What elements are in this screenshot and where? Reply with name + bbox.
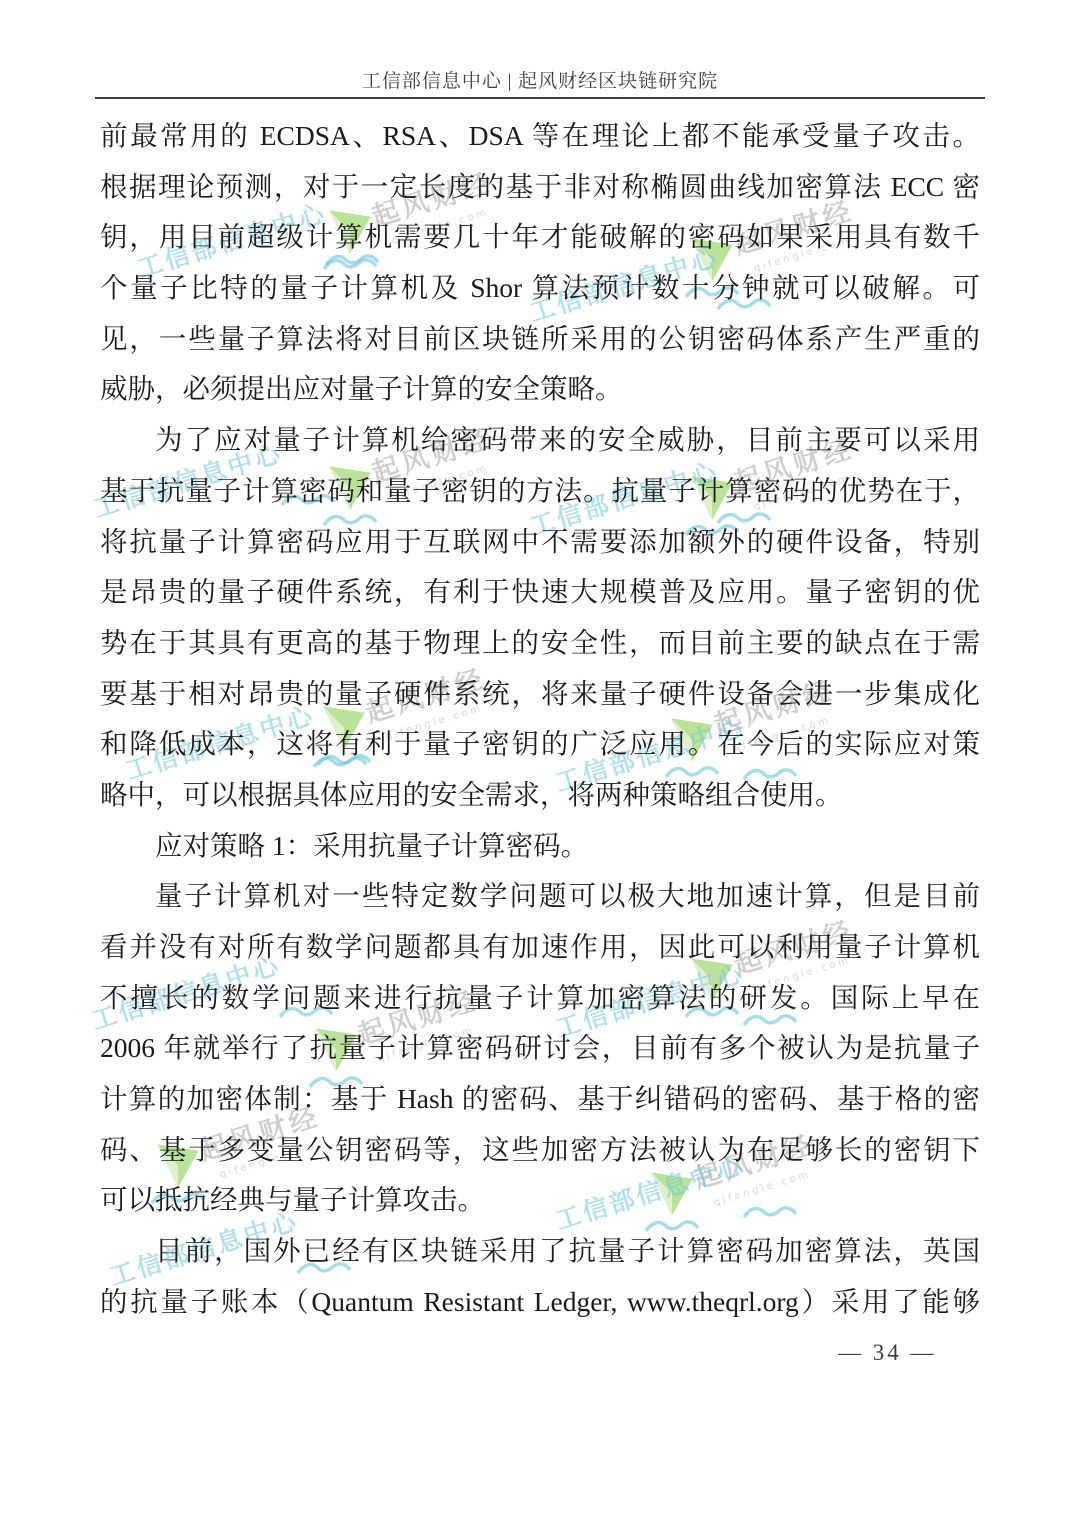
body-line: 为了应对量子计算机给密码带来的安全威胁，目前主要可以采用 (100, 415, 980, 466)
body-line: 看并没有对所有数学问题都具有加速作用，因此可以利用量子计算机 (100, 922, 980, 973)
document-page: 起风财经 qifengle.com 起风财经 qifengle.com 起风财经… (0, 0, 1080, 1527)
body-line: 计算的加密体制：基于 Hash 的密码、基于纠错码的密码、基于格的密 (100, 1074, 980, 1125)
body-line: 不擅长的数学问题来进行抗量子计算加密算法的研发。国际上早在 (100, 973, 980, 1024)
body-line: 见，一些量子算法将对目前区块链所采用的公钥密码体系产生严重的 (100, 314, 980, 365)
body-line: 可以抵抗经典与量子计算攻击。 (100, 1175, 980, 1226)
body-line: 钥，用目前超级计算机需要几十年才能破解的密码如果采用具有数千 (100, 212, 980, 263)
body-text: 前最常用的 ECDSA、RSA、DSA 等在理论上都不能承受量子攻击。 根据理论… (100, 111, 980, 1328)
page-number: — 34 — (838, 1340, 937, 1366)
body-line: 量子计算机对一些特定数学问题可以极大地加速计算，但是目前 (100, 871, 980, 922)
body-line: 的抗量子账本（Quantum Resistant Ledger, www.the… (100, 1277, 980, 1328)
body-line: 略中，可以根据具体应用的安全需求，将两种策略组合使用。 (100, 770, 980, 821)
body-line: 是昂贵的量子硬件系统，有利于快速大规模普及应用。量子密钥的优 (100, 567, 980, 618)
header-title: 工信部信息中心 | 起风财经区块链研究院 (0, 66, 1080, 93)
body-line: 应对策略 1：采用抗量子计算密码。 (100, 821, 980, 872)
body-line: 和降低成本，这将有利于量子密钥的广泛应用。在今后的实际应对策 (100, 719, 980, 770)
body-line: 个量子比特的量子计算机及 Shor 算法预计数十分钟就可以破解。可 (100, 263, 980, 314)
body-line: 威胁，必须提出应对量子计算的安全策略。 (100, 364, 980, 415)
body-line: 将抗量子计算密码应用于互联网中不需要添加额外的硬件设备，特别 (100, 517, 980, 568)
header-divider (95, 97, 985, 99)
body-line: 目前，国外已经有区块链采用了抗量子计算密码加密算法，英国 (100, 1226, 980, 1277)
body-line: 码、基于多变量公钥密码等，这些加密方法被认为在足够长的密钥下 (100, 1125, 980, 1176)
body-line: 前最常用的 ECDSA、RSA、DSA 等在理论上都不能承受量子攻击。 (100, 111, 980, 162)
body-line: 要基于相对昂贵的量子硬件系统，将来量子硬件设备会进一步集成化 (100, 669, 980, 720)
body-line: 根据理论预测，对于一定长度的基于非对称椭圆曲线加密算法 ECC 密 (100, 162, 980, 213)
body-line: 基于抗量子计算密码和量子密钥的方法。抗量子计算密码的优势在于， (100, 466, 980, 517)
body-line: 势在于其具有更高的基于物理上的安全性，而目前主要的缺点在于需 (100, 618, 980, 669)
body-line: 2006 年就举行了抗量子计算密码研讨会，目前有多个被认为是抗量子 (100, 1023, 980, 1074)
